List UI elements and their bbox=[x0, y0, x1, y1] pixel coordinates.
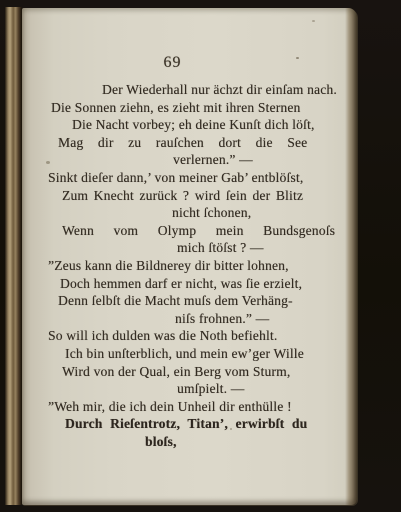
poem-line: Wird von der Qual, ein Berg vom Sturm, bbox=[62, 363, 348, 381]
poem-line: Mag dir zu rauſchen dort die See bbox=[58, 134, 348, 152]
poem-line: niſs frohnen.” — bbox=[175, 310, 348, 328]
dust-speck bbox=[230, 428, 232, 430]
poem-line: mich ſtöſst ? — bbox=[177, 239, 348, 257]
poem-line: Denn ſelbſt die Macht muſs dem Verhäng- bbox=[58, 292, 348, 310]
dust-speck bbox=[46, 161, 50, 164]
poem-line: umſpielt. — bbox=[177, 380, 348, 398]
book-binding-edge bbox=[5, 7, 22, 505]
dust-speck bbox=[296, 57, 299, 59]
poem-line: Durch Rieſentrotz, Titan’, erwirbſt du bbox=[65, 415, 348, 433]
book-scan: 69 Der Wiederhall nur ächzt dir einſam n… bbox=[0, 0, 401, 512]
dust-speck bbox=[312, 20, 315, 22]
poem-line: verlernen.” — bbox=[173, 151, 348, 169]
poem-line: Die Nacht vorbey; eh deine Kunſt dich lö… bbox=[72, 116, 348, 134]
poem-line: Ich bin unſterblich, und mein ew’ger Wil… bbox=[65, 345, 348, 363]
poem-line: Doch hemmen darf er nicht, was ſie erzie… bbox=[60, 275, 348, 293]
poem-line: nicht ſchonen, bbox=[172, 204, 348, 222]
poem-line: ”Zeus kann die Bildnerey dir bitter lohn… bbox=[48, 257, 348, 275]
book-page: 69 Der Wiederhall nur ächzt dir einſam n… bbox=[22, 8, 357, 505]
poem-line: Der Wiederhall nur ächzt dir einſam nach… bbox=[102, 81, 348, 99]
page-number: 69 bbox=[5, 54, 340, 72]
poem-line: Die Sonnen ziehn, es zieht mit ihren Ste… bbox=[51, 99, 348, 117]
poem-line: bloſs, bbox=[145, 433, 348, 451]
poem-line: Zum Knecht zurück ? wird ſein der Blitz bbox=[62, 187, 348, 205]
poem-line: Wenn vom Olymp mein Bundsgenoſs bbox=[62, 222, 348, 240]
poem-text-block: Der Wiederhall nur ächzt dir einſam nach… bbox=[48, 81, 348, 450]
poem-line: Sinkt dieſer dann,’ von meiner Gab’ entb… bbox=[48, 169, 348, 187]
poem-line: So will ich dulden was die Noth befiehlt… bbox=[48, 327, 348, 345]
poem-line: ”Weh mir, die ich dein Unheil dir enthül… bbox=[48, 398, 348, 416]
